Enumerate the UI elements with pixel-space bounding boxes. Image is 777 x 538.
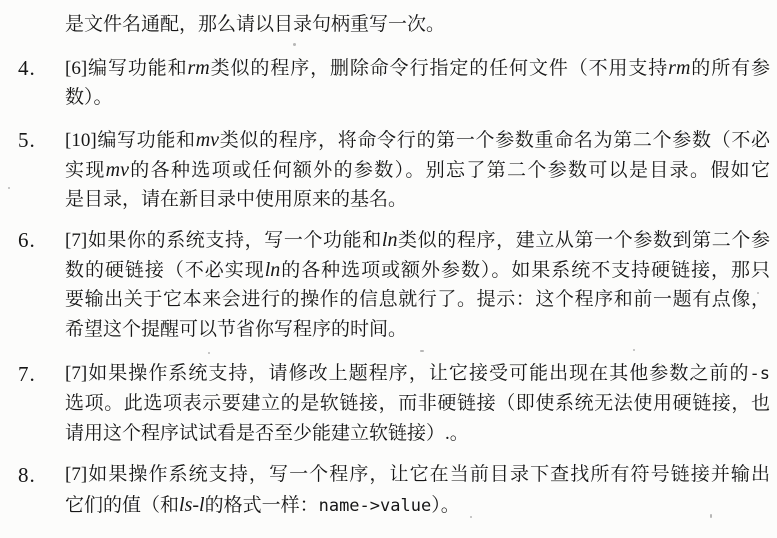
text-segment: 它们的值（和	[65, 495, 179, 516]
text-line: [6]编写功能和rm类似的程序，删除命令行指定的任何文件（不用支持rm的所有参	[65, 53, 770, 83]
text-line: 数的硬链接（不必实现ln的各种选项或额外参数）。如果系统不支持硬链接，那只	[65, 255, 770, 285]
exercise-item-6: 6. [7]如果你的系统支持，写一个功能和ln类似的程序，建立从第一个参数到第二…	[65, 225, 770, 345]
paragraph-lines: [10]编写功能和mv类似的程序，将命令行的第一个参数重命名为第二个参数（不必实…	[65, 125, 770, 215]
text-segment: 是文件名通配，那么请以目录句柄重写一次。	[65, 14, 445, 35]
paragraph-lines: [6]编写功能和rm类似的程序，删除命令行指定的任何文件（不用支持rm的所有参数…	[65, 53, 770, 113]
text-line: 数）。	[65, 83, 770, 113]
text-segment: 的所有参	[690, 58, 770, 79]
text-segment: 请用这个程序试试看是否至少能建立软链接）.。	[65, 423, 469, 444]
text-line: 希望这个提醒可以节省你写程序的时间。	[65, 315, 770, 345]
command-name: ln	[382, 229, 398, 251]
book-page: 是文件名通配，那么请以目录句柄重写一次。 4. [6]编写功能和rm类似的程序，…	[0, 0, 777, 538]
text-segment: [7]如果操作系统支持，写一个程序，让它在当前目录下查找所有符号链接并输出	[65, 464, 770, 485]
command-name: rm	[188, 57, 210, 79]
text-segment: 希望这个提醒可以节省你写程序的时间。	[65, 319, 407, 340]
scan-artifact	[420, 350, 424, 352]
command-name: mv	[196, 129, 219, 151]
item-number: 6.	[18, 225, 60, 255]
text-segment: 要输出关于它本来会进行的操作的信息就行了。提示：这个程序和前一题有点像，	[65, 289, 770, 310]
text-segment: 类似的程序，建立从第一个参数到第二个参	[397, 230, 770, 251]
command-name: ls-l	[179, 494, 205, 516]
scan-artifact	[757, 292, 759, 294]
command-name: mv	[106, 159, 129, 181]
scan-artifact	[710, 514, 712, 518]
paragraph-lines: [7]如果你的系统支持，写一个功能和ln类似的程序，建立从第一个参数到第二个参数…	[65, 225, 770, 345]
text-segment: 的各种选项或额外参数）。如果系统不支持硬链接，那只	[280, 260, 770, 281]
text-segment: 选项。此选项表示要建立的是软链接，而非硬链接（即使系统无法使用硬链接，也	[65, 393, 770, 414]
code-text: name->value	[319, 496, 432, 516]
text-line: 请用这个程序试试看是否至少能建立软链接）.。	[65, 419, 770, 449]
text-segment: [7]如果操作系统支持，请修改上题程序，让它接受可能出现在其他参数之前的	[65, 363, 750, 384]
command-name: rm	[668, 57, 690, 79]
text-line: [7]如果操作系统支持，请修改上题程序，让它接受可能出现在其他参数之前的-s	[65, 359, 770, 389]
paragraph-lines: [7]如果操作系统支持，写一个程序，让它在当前目录下查找所有符号链接并输出它们的…	[65, 460, 770, 520]
item-number: 7.	[18, 359, 60, 389]
code-text: -s	[750, 364, 770, 384]
item-number: 4.	[18, 53, 60, 83]
scan-artifact	[633, 349, 635, 351]
command-name: ln	[265, 259, 281, 281]
text-segment: [7]如果你的系统支持，写一个功能和	[65, 230, 382, 251]
exercise-item-4: 4. [6]编写功能和rm类似的程序，删除命令行指定的任何文件（不用支持rm的所…	[65, 53, 770, 113]
text-line: 它们的值（和ls-l的格式一样：name->value）。	[65, 490, 770, 520]
text-segment: 数）。	[65, 87, 113, 108]
scan-artifact	[470, 516, 472, 518]
text-line: [7]如果你的系统支持，写一个功能和ln类似的程序，建立从第一个参数到第二个参	[65, 225, 770, 255]
text-line: 实现mv的各种选项或任何额外的参数）。别忘了第二个参数可以是目录。假如它	[65, 155, 770, 185]
exercise-item-5: 5. [10]编写功能和mv类似的程序，将命令行的第一个参数重命名为第二个参数（…	[65, 125, 770, 215]
text-segment: 的各种选项或任何额外的参数）。别忘了第二个参数可以是目录。假如它	[129, 160, 770, 181]
paragraph-lines: 是文件名通配，那么请以目录句柄重写一次。	[65, 10, 770, 40]
item-number: 8.	[18, 460, 60, 490]
item-number: 5.	[18, 125, 60, 155]
text-line: [10]编写功能和mv类似的程序，将命令行的第一个参数重命名为第二个参数（不必	[65, 125, 770, 155]
text-segment: 是目录，请在新目录中使用原来的基名。	[65, 189, 407, 210]
text-segment: 数的硬链接（不必实现	[65, 260, 265, 281]
text-line: [7]如果操作系统支持，写一个程序，让它在当前目录下查找所有符号链接并输出	[65, 460, 770, 490]
text-segment: 类似的程序，将命令行的第一个参数重命名为第二个参数（不必	[219, 130, 770, 151]
paragraph-lines: [7]如果操作系统支持，请修改上题程序，让它接受可能出现在其他参数之前的-s选项…	[65, 359, 770, 449]
exercise-list: 是文件名通配，那么请以目录句柄重写一次。 4. [6]编写功能和rm类似的程序，…	[65, 10, 770, 520]
text-segment: [6]编写功能和	[65, 58, 188, 79]
text-segment: 实现	[65, 160, 106, 181]
text-line: 要输出关于它本来会进行的操作的信息就行了。提示：这个程序和前一题有点像，	[65, 285, 770, 315]
text-segment: 类似的程序，删除命令行指定的任何文件（不用支持	[210, 58, 668, 79]
text-line: 是目录，请在新目录中使用原来的基名。	[65, 185, 770, 215]
scan-artifact	[208, 352, 210, 354]
exercise-item-7: 7. [7]如果操作系统支持，请修改上题程序，让它接受可能出现在其他参数之前的-…	[65, 359, 770, 449]
scan-artifact	[293, 43, 296, 46]
continuation-paragraph: 是文件名通配，那么请以目录句柄重写一次。	[65, 10, 770, 40]
scan-artifact	[8, 187, 10, 189]
text-segment: 的格式一样：	[205, 495, 319, 516]
text-segment: ）。	[431, 495, 460, 516]
text-line: 是文件名通配，那么请以目录句柄重写一次。	[65, 10, 770, 40]
exercise-item-8: 8. [7]如果操作系统支持，写一个程序，让它在当前目录下查找所有符号链接并输出…	[65, 460, 770, 520]
text-line: 选项。此选项表示要建立的是软链接，而非硬链接（即使系统无法使用硬链接，也	[65, 389, 770, 419]
text-segment: [10]编写功能和	[65, 130, 196, 151]
